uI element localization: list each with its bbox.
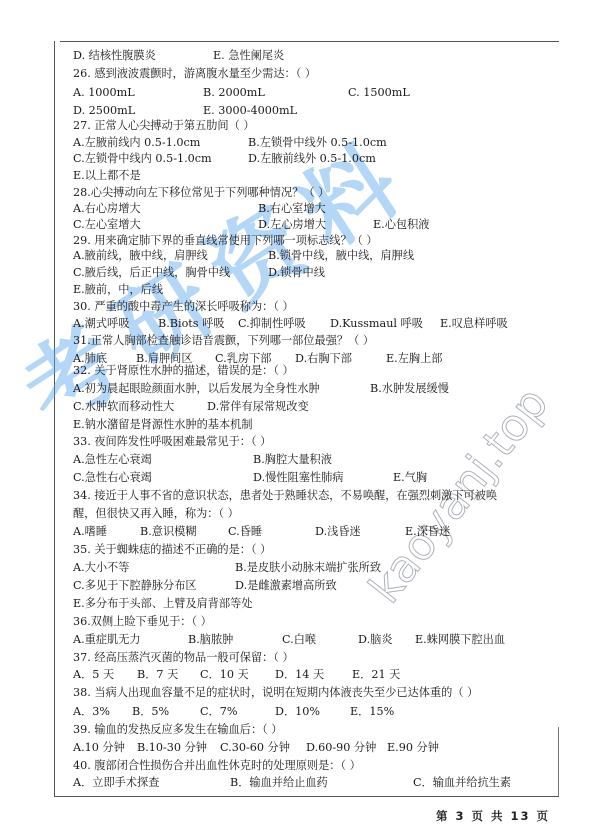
text-line: 30. 严重的酸中毒产生的深长呼吸称为：（ ） [0, 298, 590, 315]
option-text: C.左锁骨中线内 0.5-1.0cm [73, 150, 212, 167]
text-line: C.多见于下腔静脉分布区D.是雌激素增高所致 [0, 577, 590, 594]
question-stem: 27. 正常人心尖搏动于第五肋间（ ） [73, 117, 255, 134]
text-line: E.腋前，中，后线 [0, 281, 590, 298]
option-text: E. 急性阑尾炎 [213, 47, 284, 64]
option-text: B.意识模糊 [140, 523, 197, 540]
option-text: C.抑制性呼吸 [238, 315, 306, 332]
option-text: A.大小不等 [73, 559, 129, 576]
option-text: B．输血并给止血药 [230, 774, 328, 791]
question-stem: 32. 关于肾原性水肿的描述，错误的是：（ ） [73, 362, 294, 379]
text-line: 28.心尖搏动向左下移位常见于下列哪种情况？（ ） [0, 184, 590, 201]
option-text: A.嗜睡 [73, 523, 107, 540]
option-text: B.右心室增大 [258, 200, 326, 217]
text-line: A.重症肌无力B.脑脓肿C.白喉D.脑炎E.蛛网膜下腔出血 [0, 631, 590, 648]
text-line: C.水肿软而移动性大D.常伴有尿常规改变 [0, 398, 590, 415]
text-line: A.初为晨起眼睑颜面水肿，以后发展为全身性水肿B.水肿发展缓慢 [0, 380, 590, 397]
option-text: D.60-90 分钟 [306, 739, 376, 756]
question-stem: 30. 严重的酸中毒产生的深长呼吸称为：（ ） [73, 298, 294, 315]
option-text: C.急性右心衰竭 [73, 469, 152, 486]
exam-page: 考研资料 kaoyanj.top D. 结核性腹膜炎E. 急性阑尾炎26. 感到… [0, 0, 590, 837]
option-text: E.叹息样呼吸 [440, 315, 508, 332]
option-text: C.多见于下腔静脉分布区 [73, 577, 197, 594]
option-text: 醒，但很快又再入睡，称为：（ ） [73, 505, 239, 522]
text-line: C.腋后线，后正中线，胸骨中线D.锁骨中线 [0, 264, 590, 281]
text-line: 40. 腹部闭合性损伤合并出血性休克时的处理原则是：（ ） [0, 757, 590, 774]
option-text: D.Kussmaul 呼吸 [330, 315, 423, 332]
option-text: B.水肿发展缓慢 [370, 380, 449, 397]
question-stem: 26. 感到液波震颤时，游离腹水量至少需达：（ ） [73, 65, 316, 82]
option-text: C.水肿软而移动性大 [73, 398, 174, 415]
option-text: D.脑炎 [358, 631, 393, 648]
text-line: 26. 感到液波震颤时，游离腹水量至少需达：（ ） [0, 65, 590, 82]
question-stem: 38. 当病人出现血容量不足的症状时，说明在短期内体液丧失至少已达体重的（ ） [73, 684, 478, 701]
question-stem: 37. 经高压蒸汽灭菌的物品一般可保留：（ ） [73, 649, 294, 666]
question-stem: 36.双侧上睑下垂见于：（ ） [73, 613, 212, 630]
text-line: A．立即手术探查B．输血并给止血药C．输血并给抗生素 [0, 774, 590, 791]
text-line: A.大小不等B.是皮肤小动脉末端扩张所致 [0, 559, 590, 576]
option-text: D.常伴有尿常规改变 [207, 398, 309, 415]
question-stem: 39. 输血的发热反应多发生在输血后：（ ） [73, 721, 283, 738]
frame-top-border [60, 41, 559, 42]
text-line: A.10 分钟B.10-30 分钟C.30-60 分钟D.60-90 分钟E.9… [0, 739, 590, 756]
option-text: C．10 天 [200, 666, 249, 683]
option-text: B．5% [132, 703, 169, 720]
option-text: D.锁骨中线 [268, 264, 325, 281]
option-text: B．7 天 [137, 666, 178, 683]
option-text: E．21 天 [352, 666, 400, 683]
text-line: A. 1000mLB. 2000mLC. 1500mL [0, 84, 590, 101]
text-line: A.潮式呼吸B.Biots 呼吸C.抑制性呼吸D.Kussmaul 呼吸E.叹息… [0, 315, 590, 332]
question-stem: 28.心尖搏动向左下移位常见于下列哪种情况？（ ） [73, 184, 329, 201]
text-line: 34. 接近于人事不省的意识状态，患者处于熟睡状态，不易唤醒，在强烈刺激下可被唤 [0, 487, 590, 504]
option-text: B.10-30 分钟 [137, 739, 207, 756]
text-line: 38. 当病人出现血容量不足的症状时，说明在短期内体液丧失至少已达体重的（ ） [0, 684, 590, 701]
option-text: E.以上都不是 [73, 167, 141, 184]
option-text: D.左腋前线外 0.5-1.0cm [248, 150, 376, 167]
text-line: C.左锁骨中线内 0.5-1.0cmD.左腋前线外 0.5-1.0cm [0, 150, 590, 167]
option-text: A.初为晨起眼睑颜面水肿，以后发展为全身性水肿 [73, 380, 320, 397]
option-text: B.锁骨中线，腋中线，肩胛线 [268, 247, 414, 264]
text-line: 醒，但很快又再入睡，称为：（ ） [0, 505, 590, 522]
option-text: D.慢性阻塞性肺病 [253, 469, 343, 486]
text-line: 39. 输血的发热反应多发生在输血后：（ ） [0, 721, 590, 738]
option-text: A.腋前线，腋中线，肩胛线 [73, 247, 208, 264]
option-text: A.右心房增大 [73, 200, 141, 217]
text-line: A.右心房增大B.右心室增大 [0, 200, 590, 217]
text-line: 32. 关于肾原性水肿的描述，错误的是：（ ） [0, 362, 590, 379]
option-text: A.急性左心衰竭 [73, 451, 152, 468]
text-line: A.左腋前线内 0.5-1.0cmB.左锁骨中线外 0.5-1.0cm [0, 134, 590, 151]
text-line: A．5 天B．7 天C．10 天D．14 天E．21 天 [0, 666, 590, 683]
question-stem: 35. 关于蜘蛛痣的描述不正确的是：（ ） [73, 541, 271, 558]
option-text: E.蛛网膜下腔出血 [415, 631, 505, 648]
option-text: E.深昏迷 [405, 523, 450, 540]
option-text: B.胸腔大量积液 [253, 451, 332, 468]
option-text: E.气胸 [393, 469, 427, 486]
question-stem: 33. 夜间阵发性呼吸困难最常见于：（ ） [73, 433, 271, 450]
text-line: A.腋前线，腋中线，肩胛线B.锁骨中线，腋中线，肩胛线 [0, 247, 590, 264]
option-text: E.多分布于头部、上臂及肩背部等处 [73, 595, 253, 612]
option-text: D.是雌激素增高所致 [235, 577, 337, 594]
option-text: C.左心室增大 [73, 216, 141, 233]
option-text: E.钠水潴留是肾源性水肿的基本机制 [73, 416, 253, 433]
text-line: 27. 正常人心尖搏动于第五肋间（ ） [0, 117, 590, 134]
option-text: C.30-60 分钟 [220, 739, 290, 756]
question-stem: 31.正常人胸部检查触诊语音震颤，下列哪一部位最强？（ ） [73, 332, 374, 349]
option-text: E.腋前，中，后线 [73, 281, 163, 298]
option-text: A．3% [73, 703, 110, 720]
option-text: D. 结核性腹膜炎 [73, 47, 156, 64]
text-line: 37. 经高压蒸汽灭菌的物品一般可保留：（ ） [0, 649, 590, 666]
question-stem: 34. 接近于人事不省的意识状态，患者处于熟睡状态，不易唤醒，在强烈刺激下可被唤 [73, 487, 497, 504]
option-text: E.90 分钟 [387, 739, 439, 756]
option-text: D.浅昏迷 [315, 523, 361, 540]
option-text: B.脑脓肿 [188, 631, 233, 648]
option-text: B.左锁骨中线外 0.5-1.0cm [248, 134, 387, 151]
option-text: A.潮式呼吸 [73, 315, 129, 332]
question-stem: 40. 腹部闭合性损伤合并出血性休克时的处理原则是：（ ） [73, 757, 361, 774]
text-line: E.以上都不是 [0, 167, 590, 184]
option-text: A. 1000mL [73, 84, 135, 101]
option-text: B.是皮肤小动脉末端扩张所致 [235, 559, 381, 576]
option-text: B. 2000mL [203, 84, 265, 101]
text-line: C.急性右心衰竭D.慢性阻塞性肺病E.气胸 [0, 469, 590, 486]
text-line: C.左心室增大D.左心房增大E.心包积液 [0, 216, 590, 233]
text-line: D. 结核性腹膜炎E. 急性阑尾炎 [0, 47, 590, 64]
option-text: D．14 天 [275, 666, 324, 683]
option-text: C．输血并给抗生素 [413, 774, 511, 791]
text-line: E.多分布于头部、上臂及肩背部等处 [0, 595, 590, 612]
option-text: E．15% [350, 703, 394, 720]
option-text: A．5 天 [73, 666, 114, 683]
option-text: C．7% [200, 703, 238, 720]
text-line: 35. 关于蜘蛛痣的描述不正确的是：（ ） [0, 541, 590, 558]
option-text: A.重症肌无力 [73, 631, 141, 648]
option-text: A.左腋前线内 0.5-1.0cm [73, 134, 200, 151]
option-text: C.白喉 [282, 631, 316, 648]
text-line: 33. 夜间阵发性呼吸困难最常见于：（ ） [0, 433, 590, 450]
option-text: D.左心房增大 [258, 216, 326, 233]
option-text: A．立即手术探查 [73, 774, 159, 791]
frame-bottom-border [54, 796, 559, 797]
text-line: A.嗜睡B.意识模糊C.昏睡D.浅昏迷E.深昏迷 [0, 523, 590, 540]
text-line: A.急性左心衰竭B.胸腔大量积液 [0, 451, 590, 468]
option-text: A.10 分钟 [73, 739, 125, 756]
option-text: C. 1500mL [348, 84, 410, 101]
text-line: 36.双侧上睑下垂见于：（ ） [0, 613, 590, 630]
option-text: C.腋后线，后正中线，胸骨中线 [73, 264, 230, 281]
option-text: D．10% [275, 703, 320, 720]
text-line: 31.正常人胸部检查触诊语音震颤，下列哪一部位最强？（ ） [0, 332, 590, 349]
option-text: B.Biots 呼吸 [158, 315, 224, 332]
text-line: A．3%B．5%C．7%D．10%E．15% [0, 703, 590, 720]
option-text: E.心包积液 [373, 216, 429, 233]
page-number: 第 3 页 共 13 页 [436, 808, 550, 824]
text-line: E.钠水潴留是肾源性水肿的基本机制 [0, 416, 590, 433]
option-text: C.昏睡 [228, 523, 262, 540]
